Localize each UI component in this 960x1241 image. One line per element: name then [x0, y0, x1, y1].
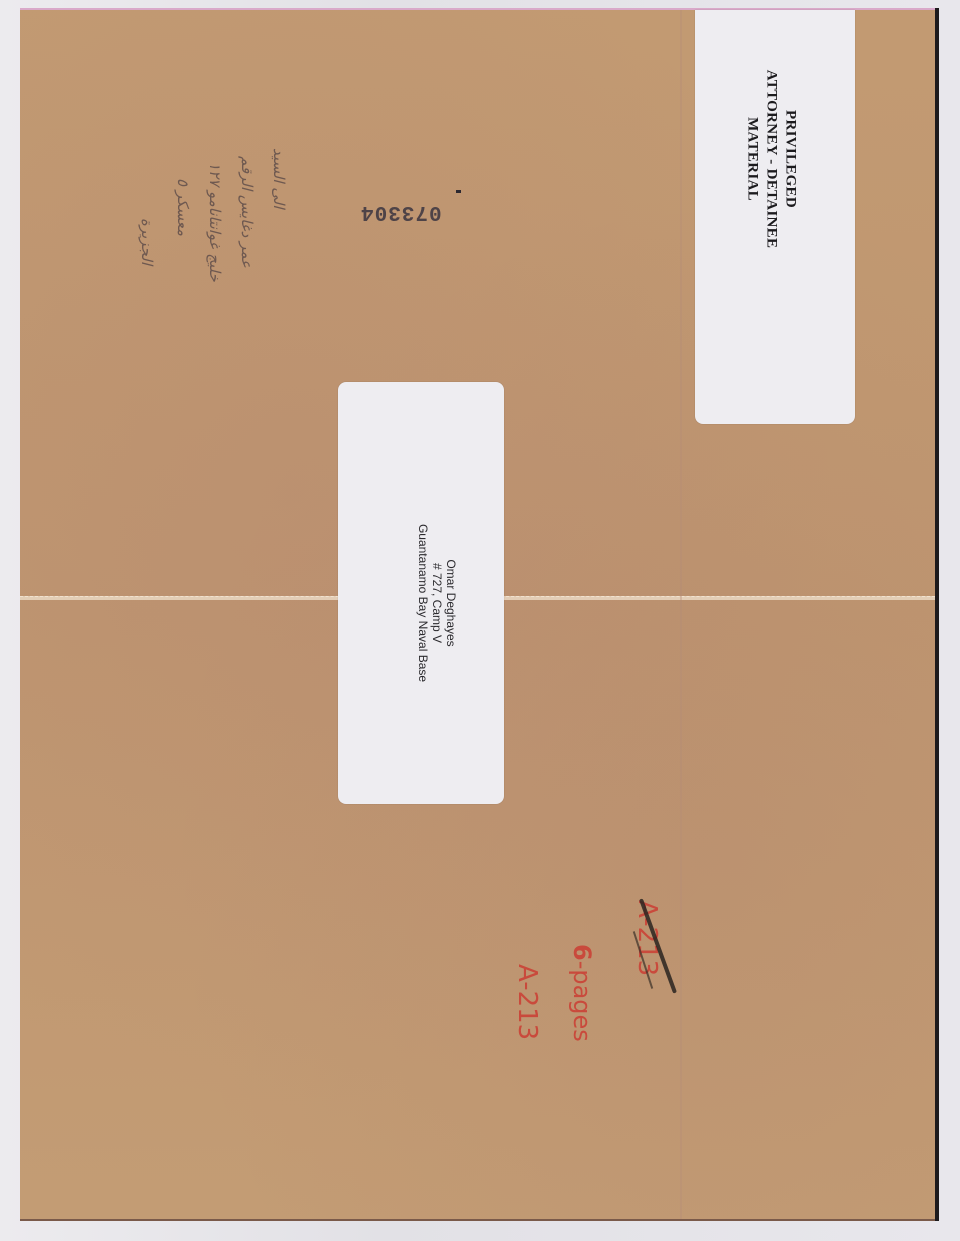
arabic-line-4: ﻣﻌﺴﻜﺮ ٥: [174, 178, 192, 236]
address-name: Omar Deghayes: [444, 524, 458, 682]
envelope: PRIVILEGED ATTORNEY - DETAINEE MATERIAL …: [20, 8, 935, 1221]
reference-number: A-213: [512, 964, 542, 1040]
address-detainee-number: # 727, Camp V: [430, 524, 444, 682]
privileged-label: PRIVILEGED ATTORNEY - DETAINEE MATERIAL: [695, 10, 855, 424]
stamp-number: 073304: [360, 200, 442, 223]
page-count-label: -pages: [568, 961, 596, 1042]
privileged-label-text: PRIVILEGED ATTORNEY - DETAINEE MATERIAL: [743, 70, 800, 249]
red-ink-annotations: A-213 6-pages A-213: [480, 882, 700, 1092]
privileged-line-2: ATTORNEY - DETAINEE: [762, 70, 781, 249]
arabic-line-2: ﻋﻤﺮ ﺩﻏﺎﻳﺲ ﺍﻟﺮﻗﻢ: [238, 156, 256, 268]
arabic-line-3: ﺧﻠﻴﺞ ﻏﻮﺍﻧﺘﺎﻧﺎﻣﻮ ١٢٧: [206, 162, 224, 282]
privileged-line-3: MATERIAL: [743, 70, 762, 249]
privileged-line-1: PRIVILEGED: [781, 70, 800, 249]
address-location: Guantanamo Bay Naval Base: [416, 524, 430, 682]
page-count: 6-pages: [568, 944, 596, 1042]
page-count-number: 6: [568, 944, 596, 961]
arabic-line-1: ﺍﻟﻰ ﺍﻟﺴﻴﺪ: [270, 148, 288, 209]
handwritten-arabic-notes: ﺍﻟﻰ ﺍﻟﺴﻴﺪ ﻋﻤﺮ ﺩﻏﺎﻳﺲ ﺍﻟﺮﻗﻢ ﺧﻠﻴﺞ ﻏﻮﺍﻧﺘﺎﻧﺎﻣ…: [108, 148, 298, 388]
address-label-text: Omar Deghayes # 727, Camp V Guantanamo B…: [416, 524, 458, 682]
arabic-line-5: ﺍﻟﺠﺰﻳﺮﺓ: [138, 218, 156, 265]
stamp-mark: [456, 190, 461, 193]
address-label: Omar Deghayes # 727, Camp V Guantanamo B…: [338, 382, 504, 804]
